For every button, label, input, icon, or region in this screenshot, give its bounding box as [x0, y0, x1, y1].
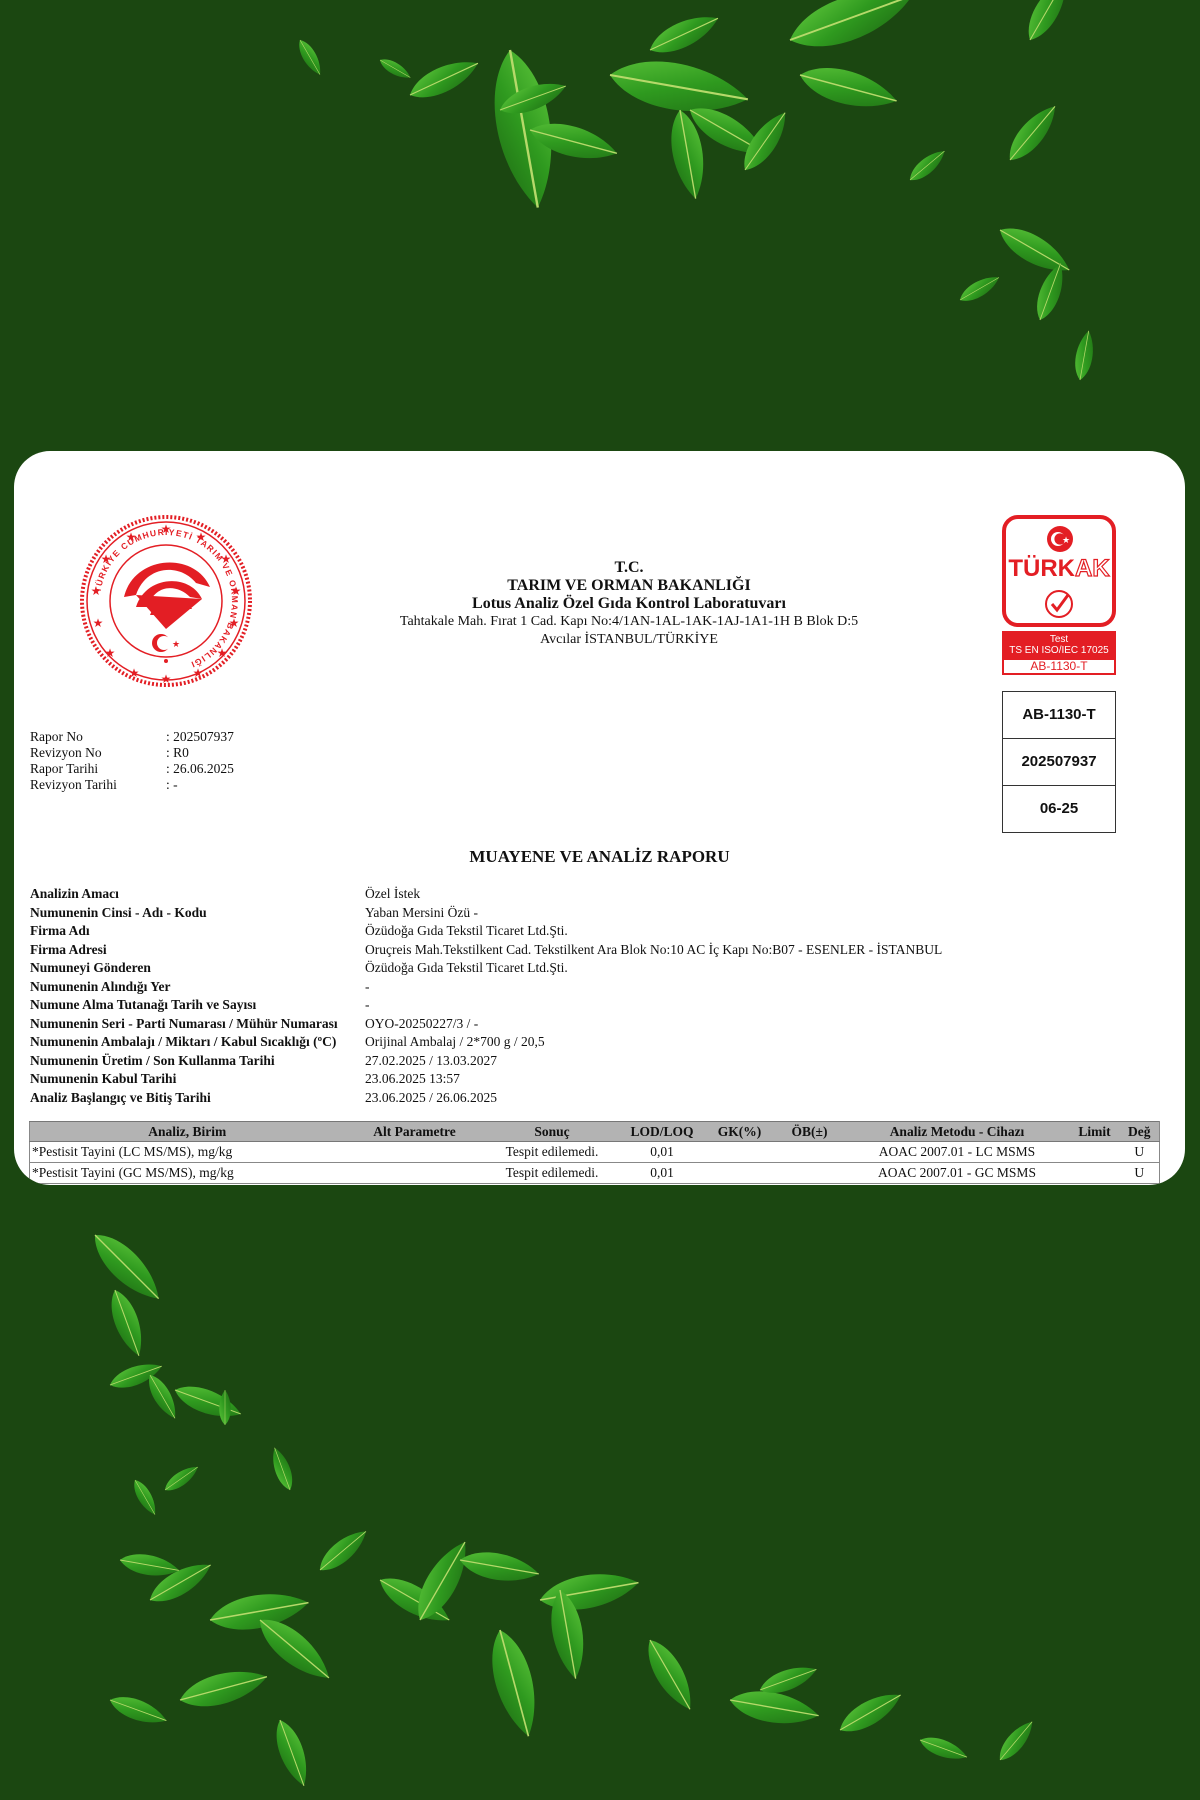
info-row: Firma AdresiOruçreis Mah.Tekstilkent Cad…: [30, 941, 942, 960]
col-header: Limit: [1070, 1122, 1120, 1142]
ministry-seal-icon: ★ ★ ★ ★ ★ ★ ★ ★ ★ ★ ★ ★ ★ ★ TÜRKİYE CUMH…: [76, 511, 256, 691]
meta-row-revision-date: Revizyon Tarihi: -: [30, 777, 234, 793]
col-header: LOD/LOQ: [620, 1122, 705, 1142]
table-header-row: Analiz, Birim Alt Parametre Sonuç LOD/LO…: [30, 1122, 1160, 1142]
report-number: 202507937: [1003, 739, 1115, 786]
info-row: Numunenin Seri - Parti Numarası / Mühür …: [30, 1015, 942, 1034]
table-row: *Pestisit Tayini (GC MS/MS), mg/kg Tespi…: [30, 1163, 1160, 1184]
meta-row-revision-no: Revizyon No: R0: [30, 745, 234, 761]
info-row: Numunenin Kabul Tarihi23.06.2025 13:57: [30, 1070, 942, 1089]
svg-text:★: ★: [129, 666, 140, 680]
col-header: Analiz Metodu - Cihazı: [845, 1122, 1070, 1142]
table-row: *Pestisit Tayini (LC MS/MS), mg/kg Tespi…: [30, 1142, 1160, 1163]
report-month: 06-25: [1003, 786, 1115, 832]
leaf-cluster-bottom: [84, 1224, 1038, 1789]
header-tc: T.C.: [314, 559, 944, 577]
header-ministry: TARIM VE ORMAN BAKANLIĞI: [314, 577, 944, 595]
lab-header: T.C. TARIM VE ORMAN BAKANLIĞI Lotus Anal…: [314, 559, 944, 649]
results-table: Analiz, Birim Alt Parametre Sonuç LOD/LO…: [29, 1121, 1160, 1184]
info-row: Numunenin Alındığı Yer-: [30, 978, 942, 997]
col-header: Analiz, Birim: [30, 1122, 345, 1142]
report-code-box: AB-1130-T 202507937 06-25: [1002, 691, 1116, 833]
accreditation-number: AB-1130-T: [1003, 692, 1115, 739]
svg-text:★: ★: [93, 616, 104, 630]
meta-row-report-date: Rapor Tarihi: 26.06.2025: [30, 761, 234, 777]
col-header: ÖB(±): [775, 1122, 845, 1142]
meta-row-report-no: Rapor No: 202507937: [30, 729, 234, 745]
header-city: Avcılar İSTANBUL/TÜRKİYE: [314, 631, 944, 649]
col-header: GK(%): [705, 1122, 775, 1142]
svg-text:★: ★: [161, 672, 172, 686]
info-row: Analizin AmacıÖzel İstek: [30, 885, 942, 904]
info-row: Analiz Başlangıç ve Bitiş Tarihi23.06.20…: [30, 1089, 942, 1108]
svg-text:★: ★: [1062, 535, 1070, 545]
info-row: Numune Alma Tutanağı Tarih ve Sayısı-: [30, 996, 942, 1015]
report-card: ★ ★ ★ ★ ★ ★ ★ ★ ★ ★ ★ ★ ★ ★ TÜRKİYE CUMH…: [14, 451, 1185, 1185]
header-lab-name: Lotus Analiz Özel Gıda Kontrol Laboratuv…: [314, 595, 944, 613]
info-row: Numunenin Ambalajı / Miktarı / Kabul Sıc…: [30, 1033, 942, 1052]
leaf-cluster-top: [294, 0, 1097, 381]
crescent-star-icon: ★: [1046, 525, 1074, 553]
turkak-accreditation-logo: ★ TÜRKAK Test TS EN ISO/IEC 17025 AB-113…: [1002, 515, 1118, 675]
accreditation-code: AB-1130-T: [1002, 658, 1116, 675]
info-row: Firma AdıÖzüdoğa Gıda Tekstil Ticaret Lt…: [30, 922, 942, 941]
info-row: Numunenin Cinsi - Adı - KoduYaban Mersin…: [30, 904, 942, 923]
report-title: MUAYENE VE ANALİZ RAPORU: [14, 847, 1185, 867]
header-address: Tahtakale Mah. Fırat 1 Cad. Kapı No:4/1A…: [314, 613, 944, 631]
turkak-wordmark: TÜRKAK: [1006, 555, 1112, 583]
col-header: Değ: [1120, 1122, 1160, 1142]
sample-info: Analizin AmacıÖzel İstek Numunenin Cinsi…: [30, 885, 942, 1107]
col-header: Alt Parametre: [345, 1122, 485, 1142]
checkmark-icon: [1044, 589, 1074, 619]
accreditation-band: Test TS EN ISO/IEC 17025 AB-1130-T: [1002, 631, 1116, 675]
col-header: Sonuç: [485, 1122, 620, 1142]
svg-text:★: ★: [105, 646, 116, 660]
info-row: Numuneyi GönderenÖzüdoğa Gıda Tekstil Ti…: [30, 959, 942, 978]
turkak-badge: ★ TÜRKAK: [1002, 515, 1116, 627]
report-meta: Rapor No: 202507937 Revizyon No: R0 Rapo…: [30, 729, 234, 793]
svg-text:★: ★: [172, 639, 180, 649]
info-row: Numunenin Üretim / Son Kullanma Tarihi27…: [30, 1052, 942, 1071]
